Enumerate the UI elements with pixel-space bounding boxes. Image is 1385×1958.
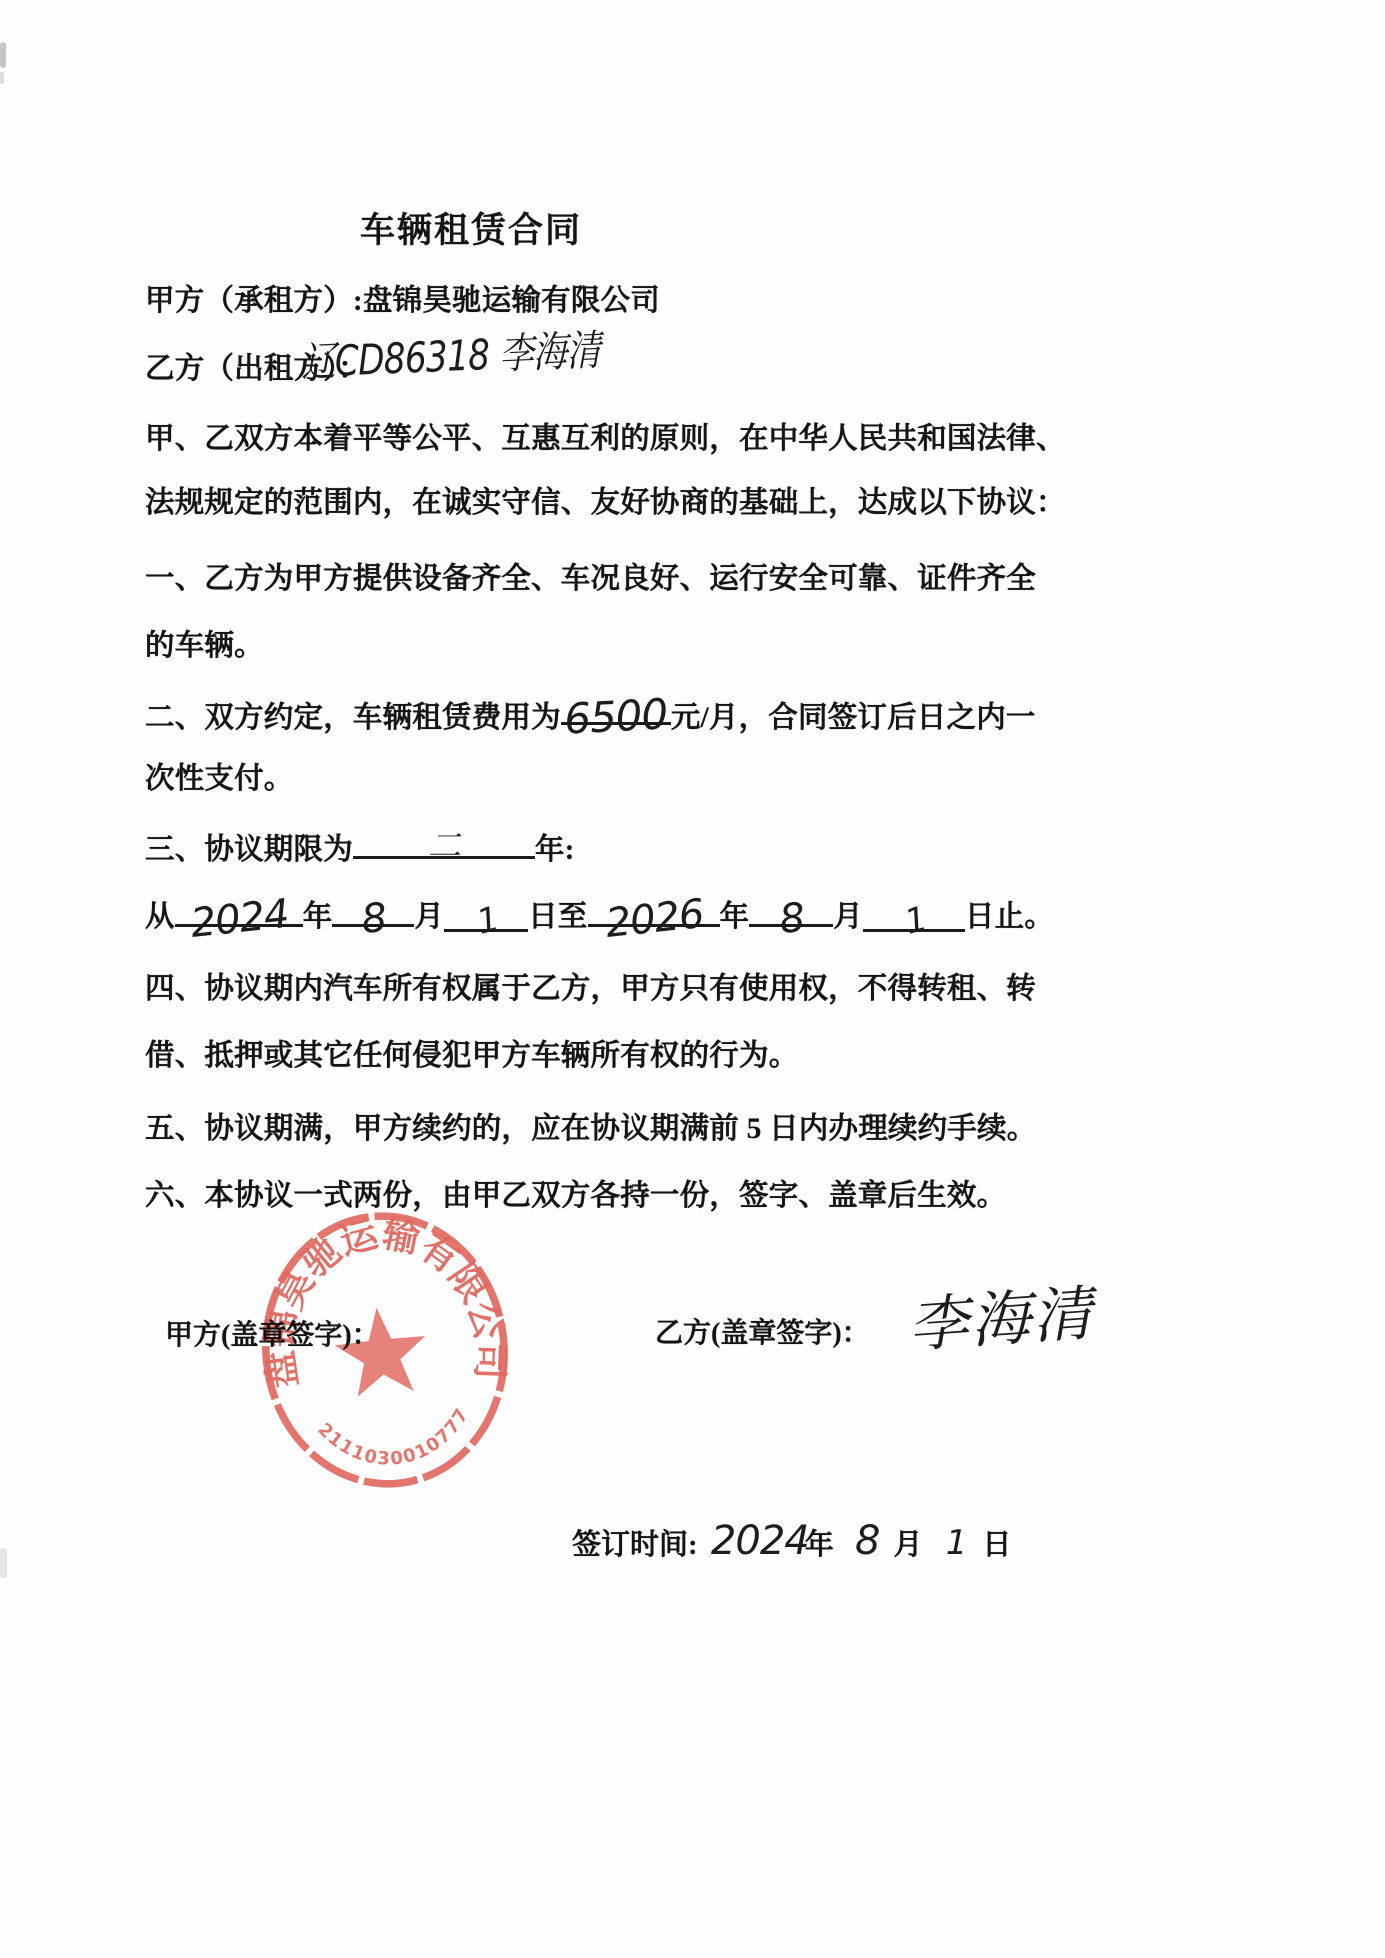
blank-from-month: 8 (332, 890, 414, 927)
party-b-sign-label: 乙方(盖章签字)： (655, 1311, 870, 1351)
handwritten-from-year: 2024 (188, 891, 290, 947)
handwritten-sign-year: 2024 (711, 1518, 809, 1564)
term-year-unit-2: 年 (720, 893, 750, 935)
clause-4-line-2: 借、抵押或其它任何侵犯甲方车辆所有权的行为。 (145, 1032, 798, 1074)
handwritten-sign-month: 8 (855, 1518, 879, 1564)
contract-page: 车辆租赁合同 甲方（承租方）:盘锦昊驰运输有限公司 乙方（出租方）： 辽CD86… (0, 0, 1385, 1958)
handwritten-term-years: 二 (428, 820, 460, 867)
term-end-label: 日止。 (965, 893, 1054, 935)
scan-artifact-top-left-2 (0, 72, 4, 84)
sign-date-year-unit: 年 (805, 1529, 834, 1561)
seal-star-icon (331, 1303, 430, 1399)
clause-1-line-2: 的车辆。 (145, 622, 264, 664)
term-year-unit-1: 年 (303, 893, 333, 935)
document-title: 车辆租赁合同 (360, 203, 582, 253)
handwritten-from-month: 8 (359, 895, 388, 943)
term-month-unit-2: 月 (833, 893, 863, 935)
blank-to-year: 2026 (588, 890, 720, 927)
company-seal: 盘锦昊驰运输有限公司 211103001077725 (238, 1192, 533, 1508)
party-a-line: 甲方（承租方）:盘锦昊驰运输有限公司 (145, 277, 660, 319)
clause-4-line-1: 四、协议期内汽车所有权属于乙方，甲方只有使用权，不得转租、转 (145, 965, 1036, 1007)
handwritten-from-day: 1 (473, 899, 503, 943)
handwritten-rental-fee: 6500 (563, 689, 668, 743)
sign-date-label: 签订时间: (572, 1529, 698, 1561)
clause-2-line-2: 次性支付。 (145, 755, 294, 797)
clause-2-line-1: 二、双方约定，车辆租赁费用为6500元/月，合同签订后日之内一 (145, 688, 1036, 736)
term-month-unit-1: 月 (414, 893, 444, 935)
blank-term-years: 二 (353, 822, 535, 859)
clause-5-line: 五、协议期满，甲方续约的，应在协议期满前 5 日内办理续约手续。 (145, 1105, 1036, 1147)
blank-from-day: 1 (444, 895, 528, 932)
party-b-handwriting: 辽CD86318 李海清 (300, 317, 601, 390)
clause-3-prefix: 三、协议期限为 (145, 826, 353, 868)
scan-artifact-top-left (0, 42, 6, 68)
blank-from-year: 2024 (175, 890, 303, 927)
preamble-line-1: 甲、乙双方本着平等公平、互惠互利的原则，在中华人民共和国法律、 (145, 415, 1066, 457)
handwritten-to-day: 1 (901, 899, 931, 943)
sign-date-day-unit: 日 (982, 1529, 1011, 1561)
clause-3-suffix: 年: (535, 826, 575, 868)
term-from-label: 从 (145, 893, 175, 935)
preamble-line-2: 法规规定的范围内，在诚实守信、友好协商的基础上，达成以下协议： (145, 479, 1066, 521)
sign-date-line: 签订时间: 2024年 8月 1日 (572, 1518, 1011, 1564)
handwritten-sign-day: 1 (946, 1523, 967, 1563)
clause-2-suffix: 元/月，合同签订后日之内一 (671, 694, 1036, 736)
party-b-signature-handwriting: 李海清 (905, 1266, 1097, 1365)
handwritten-to-month: 8 (777, 895, 806, 943)
blank-rental-fee: 6500 (561, 688, 671, 725)
party-a-label: 甲方（承租方）: (145, 277, 363, 319)
handwritten-to-year: 2026 (603, 891, 705, 947)
clause-2-prefix: 二、双方约定，车辆租赁费用为 (145, 694, 561, 736)
sign-date-month-unit: 月 (893, 1529, 922, 1561)
scan-artifact-bottom-left (0, 1548, 7, 1578)
clause-6-line: 六、本协议一式两份，由甲乙双方各持一份，签字、盖章后生效。 (145, 1172, 1006, 1214)
clause-3-line: 三、协议期限为二年: (145, 822, 575, 868)
clause-1-line-1: 一、乙方为甲方提供设备齐全、车况良好、运行安全可靠、证件齐全 (145, 555, 1036, 597)
blank-to-day: 1 (863, 895, 965, 932)
term-to-label: 日至 (528, 893, 587, 935)
party-a-value: 盘锦昊驰运输有限公司 (363, 277, 660, 319)
term-line: 从2024年8月1日至2026年8月1日止。 (145, 890, 1054, 935)
blank-to-month: 8 (749, 890, 833, 927)
